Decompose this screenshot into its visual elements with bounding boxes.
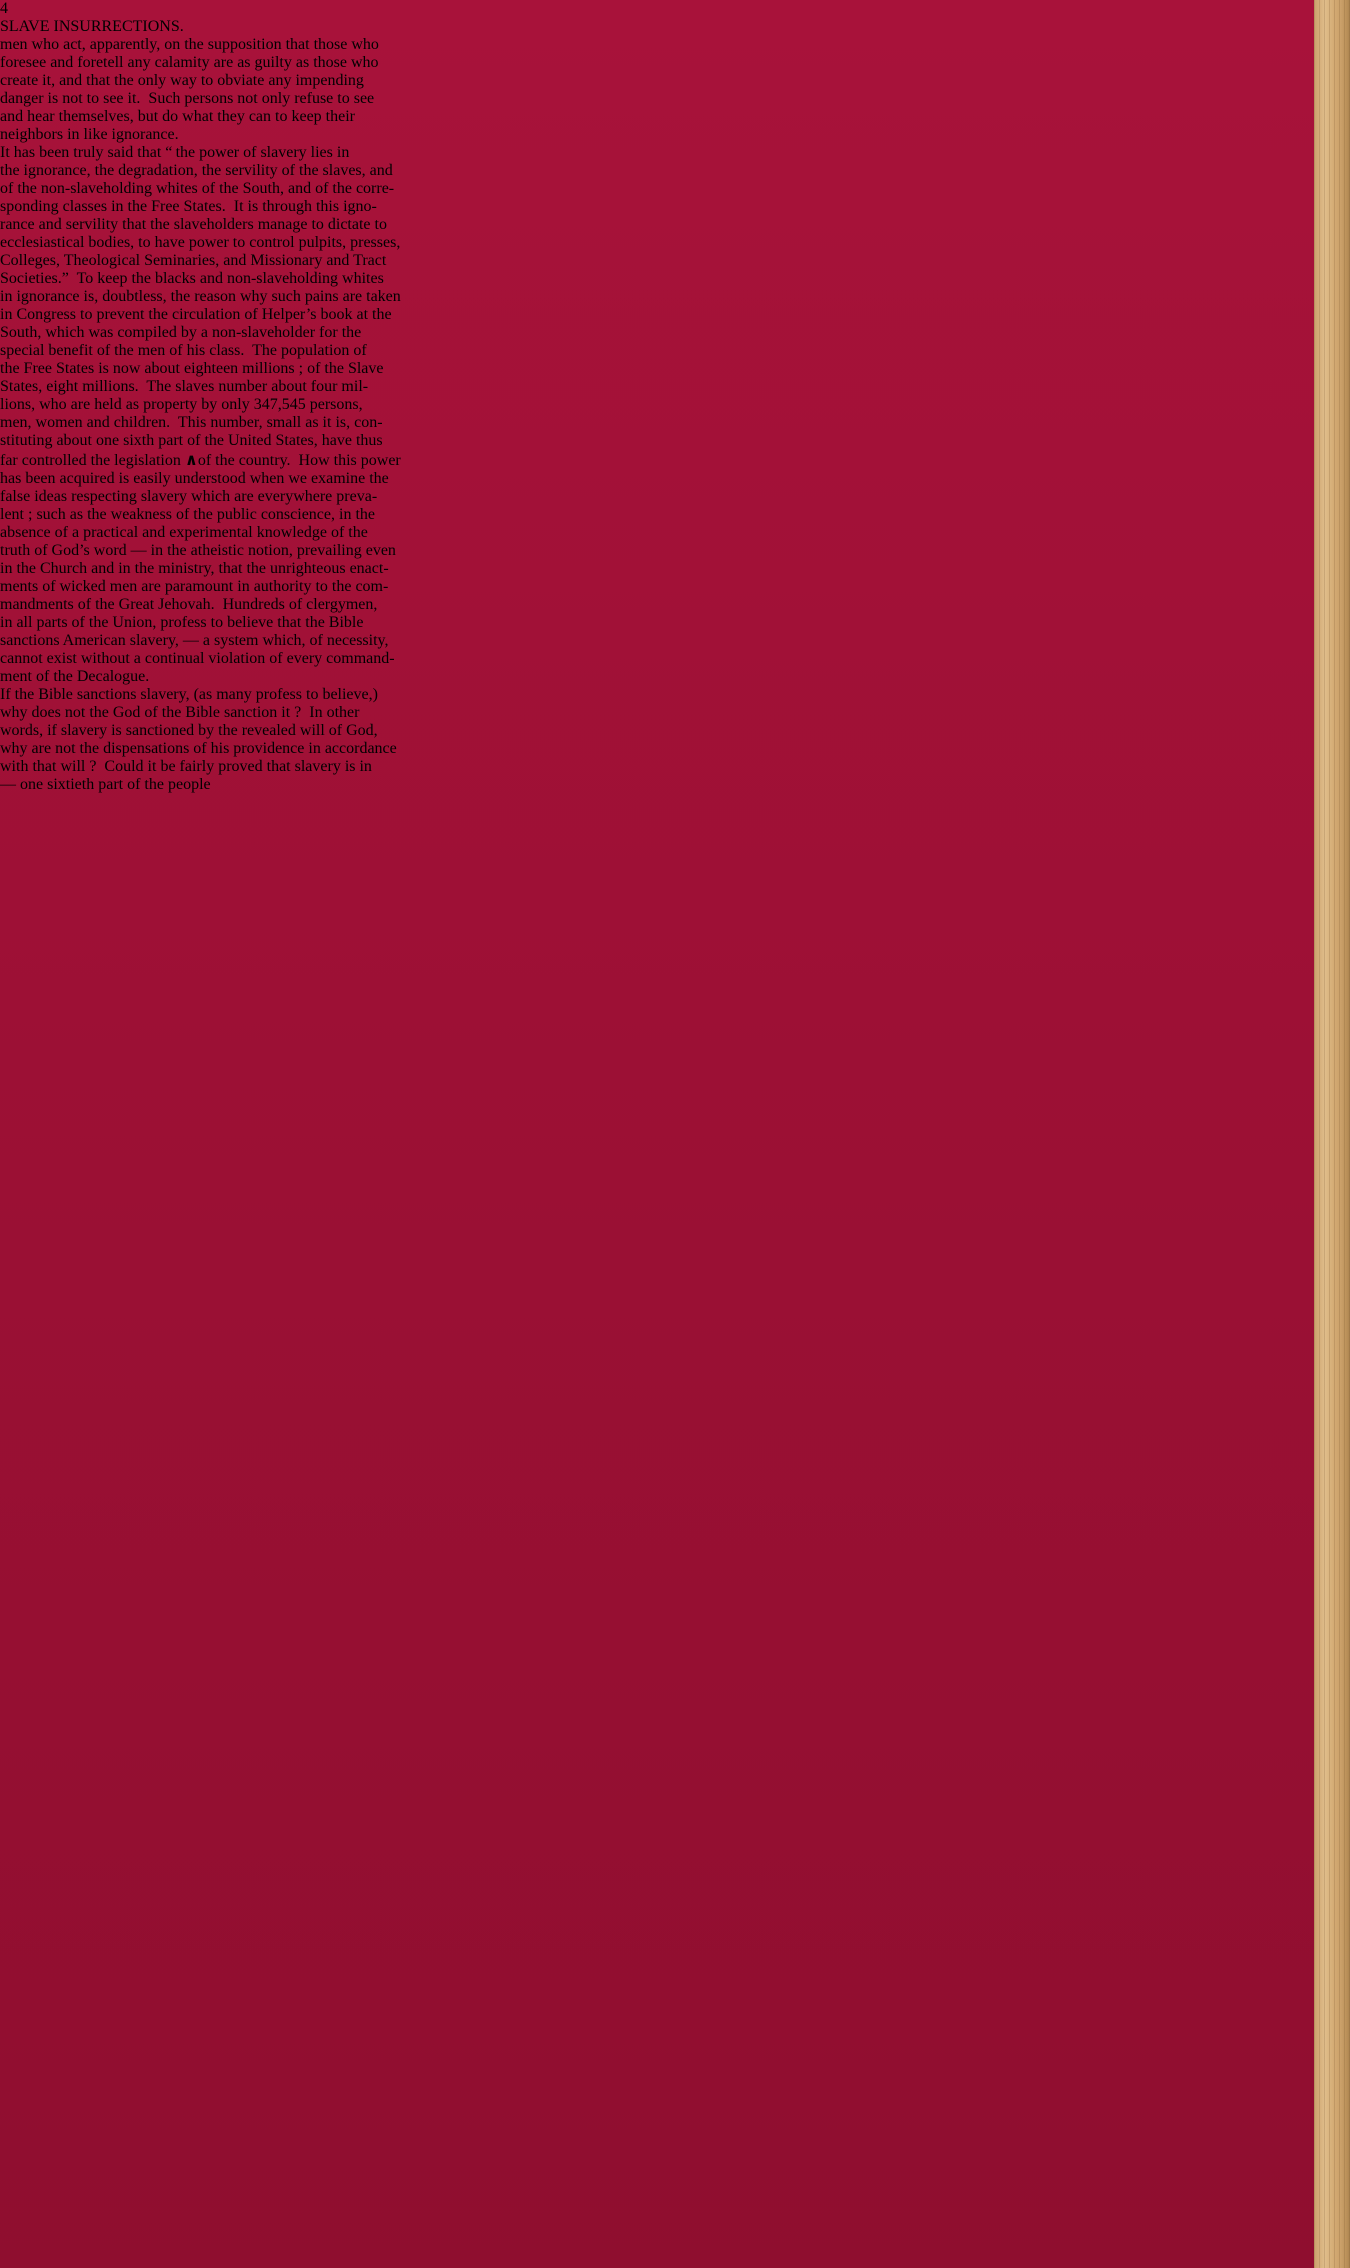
book-fore-edge-pages <box>1314 0 1350 2268</box>
text-line: truth of God’s word — in the atheistic n… <box>0 542 1350 560</box>
text-line: false ideas respecting slavery which are… <box>0 488 1350 506</box>
text-line: with that will ? Could it be fairly prov… <box>0 758 1350 776</box>
text-line: special benefit of the men of his class.… <box>0 342 1350 360</box>
text-line: sanctions American slavery, — a system w… <box>0 632 1350 650</box>
page-number: 4 <box>0 0 1350 18</box>
text-line: lent ; such as the weakness of the publi… <box>0 506 1350 524</box>
text-line: in all parts of the Union, profess to be… <box>0 614 1350 632</box>
text-line: men, women and children. This number, sm… <box>0 414 1350 432</box>
text-line: cannot exist without a continual violati… <box>0 650 1350 668</box>
text-line: in ignorance is, doubtless, the reason w… <box>0 288 1350 306</box>
text-line: danger is not to see it. Such persons no… <box>0 90 1350 108</box>
text-line: neighbors in like ignorance. <box>0 126 1350 144</box>
text-line: mandments of the Great Jehovah. Hundreds… <box>0 596 1350 614</box>
caret-insertion-mark: ∧ <box>185 452 198 469</box>
text-line: rance and servility that the slaveholder… <box>0 216 1350 234</box>
text-line: has been acquired is easily understood w… <box>0 470 1350 488</box>
scanned-book-photo: 4 SLAVE INSURRECTIONS. men who act, appa… <box>0 0 1350 2268</box>
text-line: ecclesiastical bodies, to have power to … <box>0 234 1350 252</box>
text-line: why are not the dispensations of his pro… <box>0 740 1350 758</box>
text-line: ment of the Decalogue. <box>0 668 1350 686</box>
text-line: absence of a practical and experimental … <box>0 524 1350 542</box>
text-line: It has been truly said that “ the power … <box>0 144 1350 162</box>
text-line: why does not the God of the Bible sancti… <box>0 704 1350 722</box>
text-line: words, if slavery is sanctioned by the r… <box>0 722 1350 740</box>
text-line: the Free States is now about eighteen mi… <box>0 360 1350 378</box>
text-block: men who act, apparently, on the supposit… <box>0 36 1350 776</box>
text-line: in the Church and in the ministry, that … <box>0 560 1350 578</box>
text-line: lions, who are held as property by only … <box>0 396 1350 414</box>
text-line: stituting about one sixth part of the Un… <box>0 432 1350 450</box>
text-line: men who act, apparently, on the supposit… <box>0 36 1350 54</box>
book-bottom-page-edges <box>920 2230 1350 2268</box>
text-line: Societies.” To keep the blacks and non-s… <box>0 270 1350 288</box>
text-line: create it, and that the only way to obvi… <box>0 72 1350 90</box>
book-page: 4 SLAVE INSURRECTIONS. men who act, appa… <box>0 0 1350 794</box>
text-line: Colleges, Theological Seminaries, and Mi… <box>0 252 1350 270</box>
handwritten-annotation: — one sixtieth part of the people <box>0 776 1350 794</box>
hand-underlined-word: sixth <box>123 432 154 449</box>
text-line: sponding classes in the Free States. It … <box>0 198 1350 216</box>
text-line: far controlled the legislation ∧of the c… <box>0 450 1350 470</box>
text-line: If the Bible sanctions slavery, (as many… <box>0 686 1350 704</box>
text-line: States, eight millions. The slaves numbe… <box>0 378 1350 396</box>
text-line: the ignorance, the degradation, the serv… <box>0 162 1350 180</box>
text-line: ments of wicked men are paramount in aut… <box>0 578 1350 596</box>
text-line: of the non-slaveholding whites of the So… <box>0 180 1350 198</box>
text-line: foresee and foretell any calamity are as… <box>0 54 1350 72</box>
text-line: in Congress to prevent the circulation o… <box>0 306 1350 324</box>
text-line: South, which was compiled by a non-slave… <box>0 324 1350 342</box>
running-title: SLAVE INSURRECTIONS. <box>0 18 1350 36</box>
text-line: and hear themselves, but do what they ca… <box>0 108 1350 126</box>
